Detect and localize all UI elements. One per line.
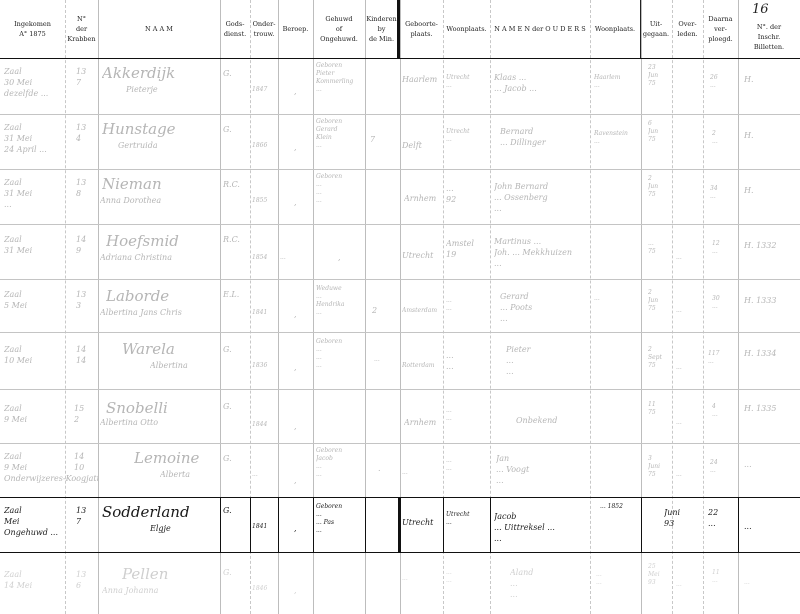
text-line: ...: [316, 527, 364, 535]
entry-kinderen: .: [378, 463, 388, 474]
entry-woonplaats-ouders: Haarlem ...: [594, 74, 638, 90]
entry-ondertrouw: 1846: [252, 585, 278, 593]
entry-uitgegaan: 2 Jun 75: [648, 175, 672, 199]
text-line: ...: [316, 354, 364, 362]
text-line: Utrecht: [446, 511, 490, 519]
text-line: ...: [500, 313, 588, 324]
text-line: 11: [648, 401, 672, 409]
text-line: 2: [712, 130, 738, 138]
header-billetten: N°. der Inschr. Billetten.: [738, 0, 800, 58]
entry-woonplaats-ouders: ... 1852: [600, 503, 640, 511]
text-line: ...: [316, 463, 364, 471]
header-label: Gehuwd: [325, 14, 352, 24]
entry-uitgegaan: 23 Jun 75: [648, 64, 672, 88]
entry-godsdienst: G.: [223, 401, 249, 412]
entry-voornaam: Alberta: [160, 469, 218, 480]
header-verplegd: Daarna ver- ploegd.: [703, 0, 738, 58]
text-line: ...: [710, 467, 738, 475]
text-line: ... Dillinger: [500, 137, 588, 148]
text-line: 2: [648, 346, 672, 354]
text-line: ...: [446, 183, 490, 194]
text-line: ...: [596, 579, 640, 587]
text-line: ...: [446, 82, 490, 90]
entry-gehuwd: Geboren ... ... Pas ...: [316, 503, 364, 535]
text-line: 24: [710, 459, 738, 467]
text-line: Utrecht: [446, 74, 490, 82]
entry-geboorteplaats: Haarlem: [402, 74, 442, 85]
entry-beroep: ,: [294, 523, 304, 534]
text-line: 10: [74, 462, 96, 473]
text-line: Jan: [496, 453, 588, 464]
entry-ondertrouw: 1847: [252, 86, 278, 94]
text-line: 75: [648, 80, 672, 88]
text-line: ...: [594, 138, 638, 146]
header-label: ver-: [714, 24, 727, 34]
register-entry[interactable]: Zaal 9 Mei Onderwijzeres-Koogjatte 14 10…: [0, 445, 800, 497]
entry-naam: Hunstage: [102, 120, 218, 138]
text-line: 13: [76, 289, 96, 300]
text-line: Zaal: [4, 403, 64, 414]
header-label: Gods-: [226, 19, 245, 29]
text-line: Geboren: [316, 338, 364, 346]
entry-krabben: 13 7: [76, 66, 96, 88]
header-label: der: [76, 24, 87, 34]
entry-voornaam: Adriana Christina: [100, 252, 218, 263]
register-entry-highlighted[interactable]: Zaal Mei Ongehuwd ... 13 7 Sodderland El…: [0, 499, 800, 553]
text-line: ... Ossenberg: [494, 192, 588, 203]
text-line: 8: [76, 188, 96, 199]
entry-ondertrouw: 1855: [252, 197, 278, 205]
header-label: Krabben: [67, 34, 95, 44]
entry-verplegd: 11 ...: [712, 569, 738, 585]
entry-verplegd: 117 ...: [708, 350, 738, 366]
header-geboorteplaats: Geboorte- plaats.: [400, 0, 443, 58]
text-line: Utrecht: [446, 128, 490, 136]
text-line: 13: [76, 505, 96, 516]
header-label: Billetten.: [754, 42, 784, 52]
header-label: Onder-: [253, 19, 276, 29]
entry-billetten: H. 1334: [744, 348, 798, 359]
register-entry[interactable]: Zaal 10 Mei 14 14 Warela Albertina G. 18…: [0, 334, 800, 389]
header-godsdienst: Gods- dienst.: [220, 0, 250, 58]
entry-billetten: H.: [744, 130, 798, 141]
header-label: ploegd.: [708, 34, 732, 44]
text-line: ...: [316, 471, 364, 479]
entry-voornaam: Albertina Jans Chris: [100, 307, 220, 318]
entry-ondertrouw: 1844: [252, 421, 278, 429]
entry-woonplaats: Amstel 19: [446, 238, 490, 260]
text-line: ...: [712, 303, 738, 311]
entry-billetten: ...: [744, 459, 798, 470]
entry-voornaam: Elgje: [150, 523, 218, 534]
text-line: Sept: [648, 354, 672, 362]
text-line: 14 Mei: [4, 580, 64, 591]
entry-godsdienst: R.C.: [223, 179, 249, 190]
text-line: ...: [316, 142, 364, 150]
entry-voornaam: Anna Johanna: [102, 585, 218, 596]
entry-geboorteplaats: Amsterdam: [402, 307, 442, 315]
text-line: 93: [664, 518, 704, 529]
entry-krabben: 13 3: [76, 289, 96, 311]
entry-naam: Akkerdijk: [102, 64, 218, 82]
text-line: dezelfde ...: [4, 88, 64, 99]
header-woonplaats: Woonplaats.: [443, 0, 490, 58]
entry-krabben: 14 14: [76, 344, 96, 366]
text-line: ...: [446, 519, 490, 527]
header-label: plaats.: [410, 29, 432, 39]
text-line: ...: [316, 189, 364, 197]
entry-billetten: H. 1335: [744, 403, 798, 414]
header-label: A° 1875: [19, 29, 46, 39]
entry-godsdienst: G.: [223, 68, 249, 79]
text-line: Ravenstein: [594, 130, 638, 138]
text-line: 30 Mei: [4, 77, 64, 88]
text-line: Zaal: [4, 569, 64, 580]
text-line: ...: [446, 305, 490, 313]
entry-gehuwd: Geboren Pieter Kommerling ...: [316, 62, 364, 94]
text-line: ...: [316, 86, 364, 94]
text-line: Geboren: [316, 118, 364, 126]
header-label: by: [378, 24, 386, 34]
entry-naam: Warela: [122, 340, 218, 358]
text-line: Geboren: [316, 173, 364, 181]
text-line: ...: [506, 355, 590, 366]
register-entry[interactable]: Zaal 5 Mei 13 3 Laborde Albertina Jans C…: [0, 281, 800, 332]
entry-uitgegaan: 11 75: [648, 401, 672, 417]
text-line: ...: [708, 358, 738, 366]
entry-kinderen: 2: [372, 305, 392, 316]
entry-beroep: ,: [294, 309, 304, 320]
text-line: 7: [76, 77, 96, 88]
entry-billetten: H.: [744, 185, 798, 196]
text-line: 75: [648, 191, 672, 199]
text-line: ...: [446, 407, 490, 415]
header-label: Beroep.: [283, 24, 309, 34]
text-line: Martinus ...: [494, 236, 640, 247]
entry-kinderen: 7: [370, 134, 394, 145]
register-entry[interactable]: Zaal 30 Mei dezelfde ... 13 7 Akkerdijk …: [0, 60, 800, 114]
text-line: ...: [712, 248, 738, 256]
entry-woonplaats-ouders: Ravenstein ...: [594, 130, 638, 146]
entry-overleden: ...: [676, 254, 702, 262]
entry-ouders: Bernard ... Dillinger: [500, 126, 588, 148]
entry-ondertrouw: 1866: [252, 142, 278, 150]
entry-ouders: Martinus ... Joh. ... Mekkhuizen ...: [494, 236, 640, 269]
entry-voornaam: Anna Dorothea: [100, 195, 218, 206]
entry-woonplaats: ... ...: [446, 297, 490, 313]
entry-gehuwd: Weduwe ... Hendrika ...: [316, 285, 364, 317]
entry-geboorteplaats: Rotterdam: [402, 362, 442, 370]
text-line: Zaal: [4, 122, 64, 133]
text-line: 31 Mei: [4, 188, 64, 199]
text-line: Mei: [648, 571, 672, 579]
header-label: of: [336, 24, 342, 34]
entry-ouders: John Bernard ... Ossenberg ...: [494, 181, 588, 214]
row-rule: [0, 224, 800, 225]
text-line: 75: [648, 409, 672, 417]
text-line: 4: [76, 133, 96, 144]
entry-naam: Nieman: [102, 175, 218, 193]
entry-uitgegaan: Juni 93: [664, 507, 704, 529]
entry-woonplaats: ... ...: [446, 407, 490, 423]
text-line: 9: [76, 245, 96, 256]
header-namen-ouders: N A M E N der O U D E R S: [490, 0, 590, 58]
entry-ingekomen: Zaal 10 Mei: [4, 344, 64, 366]
entry-naam: Hoefsmid: [106, 232, 218, 250]
entry-beroep: ,: [294, 362, 304, 373]
text-line: ...: [596, 571, 640, 579]
header-label: Inschr.: [758, 32, 780, 42]
text-line: Geboren: [316, 447, 364, 455]
text-line: Pieter: [316, 70, 364, 78]
text-line: 6: [648, 120, 672, 128]
text-line: Pieter: [506, 344, 590, 355]
entry-geboorteplaats: Utrecht: [402, 250, 442, 261]
entry-ouders: Pieter ... ...: [506, 344, 590, 377]
text-line: 92: [446, 194, 490, 205]
text-line: 13: [76, 66, 96, 77]
entry-ondertrouw: 1836: [252, 362, 278, 370]
text-line: 14: [76, 234, 96, 245]
text-line: 10 Mei: [4, 355, 64, 366]
entry-ondertrouw: ...: [252, 471, 278, 479]
entry-ingekomen: Zaal 9 Mei: [4, 403, 64, 425]
text-line: ...: [446, 577, 490, 585]
entry-geboorteplaats: Utrecht: [402, 517, 442, 528]
entry-verplegd: 24 ...: [710, 459, 738, 475]
text-line: 75: [648, 471, 672, 479]
text-line: ...: [446, 569, 490, 577]
text-line: Juni: [664, 507, 704, 518]
entry-ouders: Gerard ... Poots ...: [500, 291, 588, 324]
entry-ondertrouw: 1841: [252, 523, 278, 531]
header-naam: N A A M: [98, 0, 220, 58]
row-rule: [0, 279, 800, 280]
text-line: ...: [510, 578, 590, 589]
entry-krabben: 15 2: [74, 403, 96, 425]
entry-beroep: ...: [280, 254, 312, 262]
header-beroep: Beroep.: [278, 0, 313, 58]
text-line: ... Pas: [316, 519, 364, 527]
text-line: 26: [710, 74, 736, 82]
register-entry[interactable]: Zaal 31 Mei 24 April ... 13 4 Hunstage G…: [0, 116, 800, 169]
text-line: 25: [648, 563, 672, 571]
entry-uitgegaan: 6 Jun 75: [648, 120, 672, 144]
entry-godsdienst: E.L.: [223, 289, 249, 300]
entry-uitgegaan: 3 Juni 75: [648, 455, 672, 479]
entry-woonplaats: ... ...: [446, 569, 490, 585]
entry-overleden: ...: [676, 471, 702, 479]
text-line: ...: [446, 415, 490, 423]
header-kinderen: Kinderen by de Min.: [365, 0, 398, 58]
entry-godsdienst: G.: [223, 453, 249, 464]
entry-godsdienst: G.: [223, 567, 249, 578]
entry-kinderen: ,: [338, 252, 348, 263]
register-entry[interactable]: Zaal 31 Mei 14 9 Hoefsmid Adriana Christ…: [0, 226, 800, 279]
text-line: John Bernard: [494, 181, 588, 192]
entry-ondertrouw: 1854: [252, 254, 278, 262]
text-line: 75: [648, 136, 672, 144]
text-line: 75: [648, 305, 672, 313]
text-line: 30: [712, 295, 738, 303]
text-line: 13: [76, 569, 96, 580]
register-entry[interactable]: Zaal 31 Mei ... 13 8 Nieman Anna Dorothe…: [0, 171, 800, 224]
entry-voornaam: Gertruida: [118, 140, 216, 151]
text-line: ... Uittreksel ...: [494, 522, 640, 533]
text-line: ...: [446, 136, 490, 144]
text-line: Klaas ...: [494, 72, 588, 83]
entry-voornaam: Albertina Otto: [100, 417, 218, 428]
register-page: 16 Ingekomen A° 1875 N° der Krabben N A …: [0, 0, 800, 614]
text-line: 2: [648, 289, 672, 297]
row-rule: [0, 169, 800, 170]
entry-ondertrouw: 1841: [252, 309, 278, 317]
header-ingekomen: Ingekomen A° 1875: [0, 0, 65, 58]
entry-verplegd: 4 ...: [712, 403, 738, 419]
text-line: ...: [510, 589, 590, 600]
header-ondertrouw: Onder- trouw.: [250, 0, 278, 58]
entry-billetten: H. 1332: [744, 240, 798, 251]
header-krabben: N° der Krabben: [65, 0, 98, 58]
entry-ouders: Onbekend: [516, 415, 588, 426]
register-entry[interactable]: Zaal 9 Mei 15 2 Snobelli Albertina Otto …: [0, 391, 800, 443]
entry-ouders: Aland ... ...: [510, 567, 590, 600]
header-label: N A M E N der O U D E R S: [494, 24, 585, 34]
entry-verplegd: 22 ...: [708, 507, 738, 529]
text-line: ...: [446, 457, 490, 465]
entry-uitgegaan: 2 Sept 75: [648, 346, 672, 370]
header-label: trouw.: [254, 29, 275, 39]
header-label: N°. der: [757, 22, 781, 32]
header-label: Woonplaats.: [595, 24, 635, 34]
entry-naam: Lemoine: [134, 449, 218, 467]
text-line: 14: [76, 344, 96, 355]
text-line: 14: [74, 451, 96, 462]
text-line: 6: [76, 580, 96, 591]
text-line: Juni: [648, 463, 672, 471]
entry-overleden: ...: [676, 581, 702, 589]
entry-naam: Sodderland: [102, 503, 220, 521]
text-line: ...: [594, 82, 638, 90]
header-label: Uit-: [650, 19, 662, 29]
text-line: Zaal: [4, 66, 64, 77]
text-line: 14: [76, 355, 96, 366]
text-line: Gerard: [316, 126, 364, 134]
entry-krabben: 13 4: [76, 122, 96, 144]
text-line: Jun: [648, 183, 672, 191]
text-line: 3: [648, 455, 672, 463]
text-line: ...: [710, 82, 736, 90]
entry-woonplaats-ouders: ... ...: [596, 571, 640, 587]
entry-geboorteplaats: Delft: [402, 140, 442, 151]
text-line: 31 Mei: [4, 245, 64, 256]
entry-beroep: ,: [294, 421, 304, 432]
entry-ouders: Jacob ... Uittreksel ... ...: [494, 511, 640, 544]
entry-woonplaats: Utrecht ...: [446, 128, 490, 144]
text-line: Jun: [648, 297, 672, 305]
text-line: ...: [494, 533, 640, 544]
text-line: 11: [712, 569, 738, 577]
entry-krabben: 13 7: [76, 505, 96, 527]
row-rule: [0, 389, 800, 390]
entry-verplegd: 2 ...: [712, 130, 738, 146]
text-line: ...: [316, 197, 364, 205]
entry-gehuwd: Geboren ... ... ...: [316, 338, 364, 370]
entry-naam: Laborde: [106, 287, 218, 305]
entry-billetten: ...: [744, 521, 798, 532]
text-line: ...: [712, 411, 738, 419]
header-label: de Min.: [369, 34, 394, 44]
entry-uitgegaan: 2 Jun 75: [648, 289, 672, 313]
text-line: Aland: [510, 567, 590, 578]
register-entry[interactable]: Zaal 14 Mei 13 6 Pellen Anna Johanna G. …: [0, 555, 800, 614]
text-line: ...: [496, 475, 588, 486]
entry-uitgegaan: 25 Mei 93: [648, 563, 672, 587]
entry-billetten: H.: [744, 74, 798, 85]
entry-gehuwd: Geboren Jacob ... ...: [316, 447, 364, 479]
header-label: Geboorte-: [405, 19, 438, 29]
text-line: 13: [76, 177, 96, 188]
entry-voornaam: Albertina: [150, 360, 218, 371]
text-line: ...: [4, 199, 64, 210]
text-line: Jun: [648, 128, 672, 136]
text-line: 4: [712, 403, 738, 411]
text-line: 34: [710, 185, 736, 193]
text-line: ...: [446, 465, 490, 473]
entry-billetten: ...: [744, 579, 798, 587]
text-line: ...: [316, 309, 364, 317]
entry-woonplaats: ... ...: [446, 457, 490, 473]
header-rule: [0, 58, 800, 59]
header-label: Ingekomen: [14, 19, 51, 29]
entry-geboorteplaats: ...: [402, 469, 442, 477]
header-woonplaats-ouders: Woonplaats.: [590, 0, 640, 58]
entry-ingekomen: Zaal 14 Mei: [4, 569, 64, 591]
entry-beroep: ,: [294, 585, 304, 596]
header-label: dienst.: [224, 29, 246, 39]
text-line: Haarlem: [594, 74, 638, 82]
header-label: N°: [77, 14, 86, 24]
text-line: 23: [648, 64, 672, 72]
entry-gehuwd: Geboren ... ... ...: [316, 173, 364, 205]
entry-beroep: ,: [294, 142, 304, 153]
text-line: Joh. ... Mekkhuizen: [494, 247, 640, 258]
entry-kinderen: ...: [374, 356, 394, 364]
text-line: ...: [316, 511, 364, 519]
text-line: Amstel: [446, 238, 490, 249]
entry-overleden: ...: [676, 364, 702, 372]
header-label: Woonplaats.: [446, 24, 486, 34]
entry-geboorteplaats: Arnhem: [404, 417, 442, 428]
row-rule: [0, 443, 800, 444]
text-line: 12: [712, 240, 738, 248]
entry-godsdienst: G.: [223, 124, 249, 135]
entry-krabben: 13 8: [76, 177, 96, 199]
text-line: Zaal: [4, 234, 64, 245]
entry-ingekomen: Zaal 31 Mei: [4, 234, 64, 256]
header-label: N A A M: [145, 24, 173, 34]
text-line: Jacob: [316, 455, 364, 463]
entry-woonplaats: Utrecht ...: [446, 511, 490, 527]
text-line: Onderwijzeres-Koogjatte: [4, 473, 98, 484]
entry-verplegd: 26 ...: [710, 74, 736, 90]
header-label: gegaan.: [643, 29, 669, 39]
text-line: Zaal: [4, 344, 64, 355]
entry-uitgegaan: ... 75: [648, 240, 672, 256]
header-gehuwd: Gehuwd of Ongehuwd.: [313, 0, 365, 58]
text-line: ...: [712, 138, 738, 146]
entry-woonplaats: Utrecht ...: [446, 74, 490, 90]
